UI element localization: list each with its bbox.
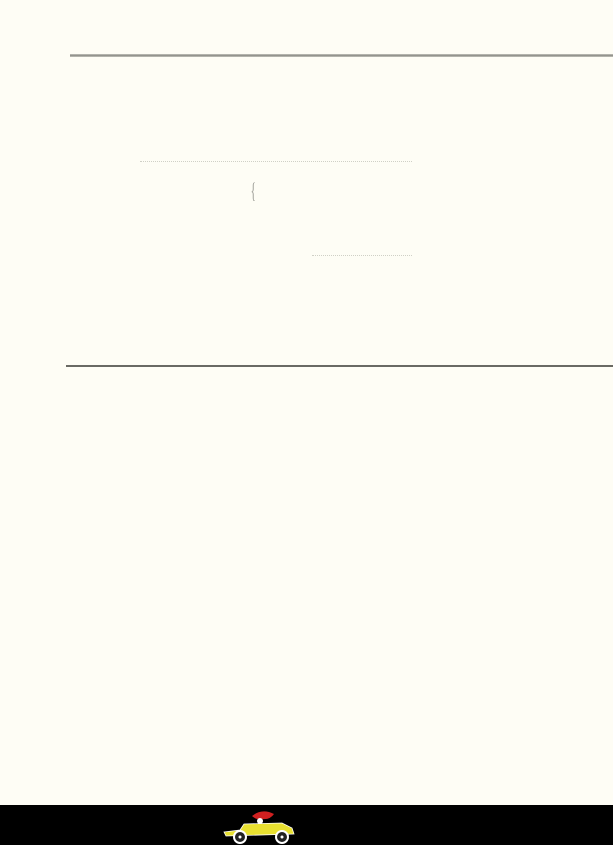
brace-icon: { [251, 180, 256, 202]
autolit-banner[interactable] [0, 805, 613, 845]
section-divider [66, 365, 613, 367]
leader-dots [140, 160, 412, 162]
leader-dots [312, 254, 412, 256]
header-divider [70, 54, 613, 57]
vintage-car-icon [222, 810, 298, 844]
